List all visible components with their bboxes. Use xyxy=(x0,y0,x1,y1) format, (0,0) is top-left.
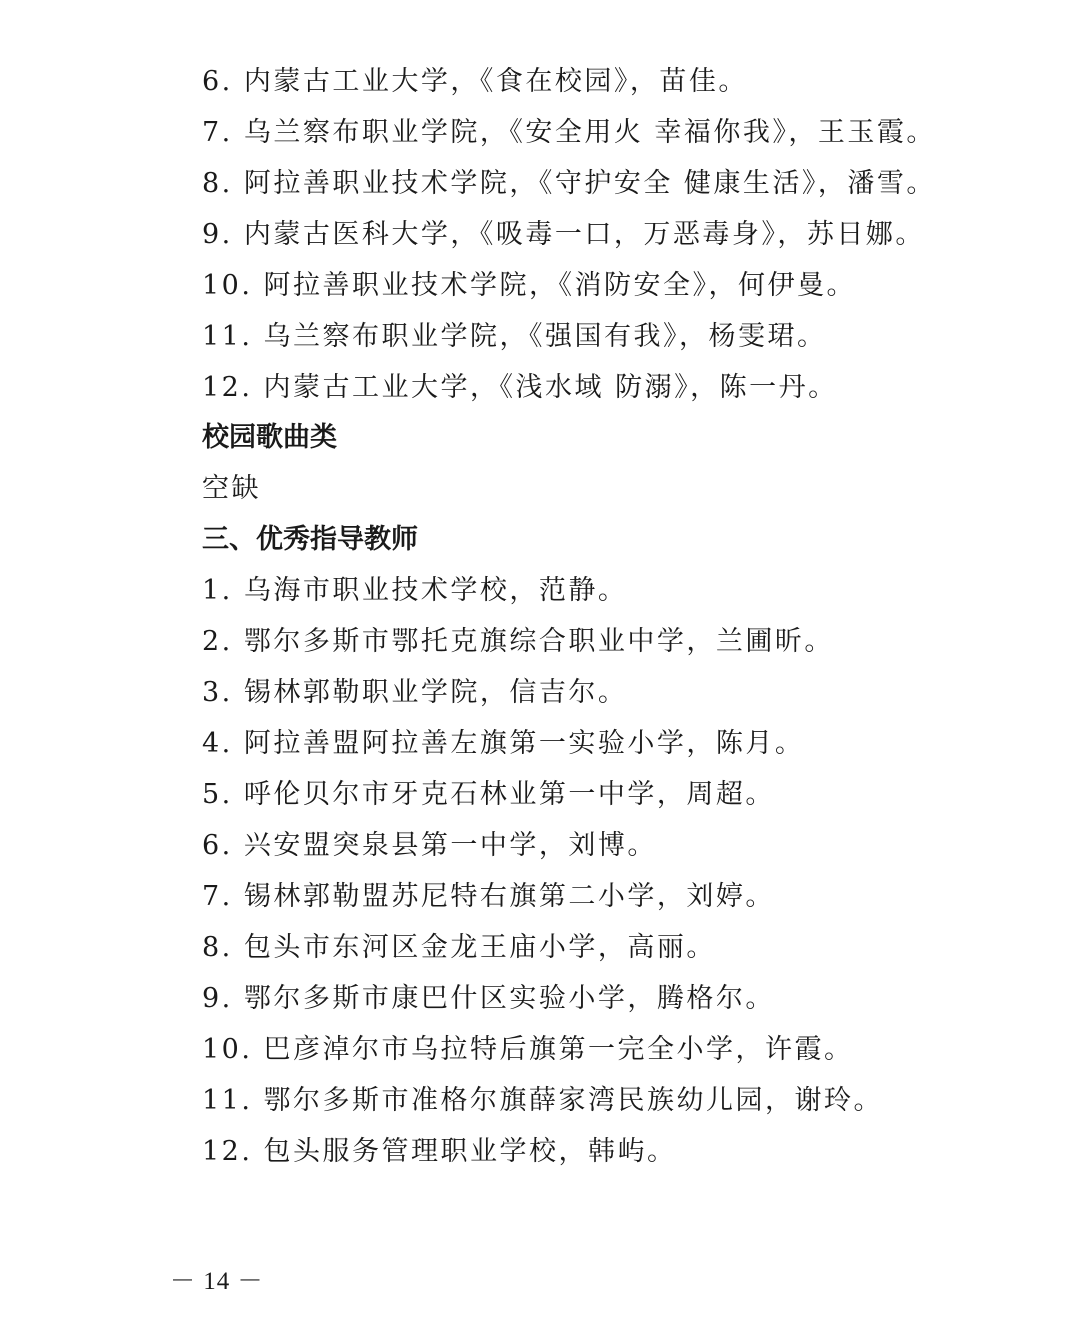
section-content-vacant: 空缺 xyxy=(202,471,261,507)
list-item: 6. 内蒙古工业大学，《食在校园》，苗佳。 xyxy=(202,64,748,100)
teacher-item: 6. 兴安盟突泉县第一中学，刘博。 xyxy=(202,828,657,864)
teacher-item: 1. 乌海市职业技术学校，范静。 xyxy=(202,573,627,609)
section-heading-excellent-instructors: 三、优秀指导教师 xyxy=(202,522,418,558)
document-page: 6. 内蒙古工业大学，《食在校园》，苗佳。 7. 乌兰察布职业学院，《安全用火 … xyxy=(0,0,1080,1325)
teacher-item: 2. 鄂尔多斯市鄂托克旗综合职业中学，兰圃昕。 xyxy=(202,624,834,660)
teacher-item: 8. 包头市东河区金龙王庙小学，高丽。 xyxy=(202,930,716,966)
teacher-item: 12. 包头服务管理职业学校，韩屿。 xyxy=(202,1134,677,1170)
list-item: 7. 乌兰察布职业学院，《安全用火 幸福你我》，王玉霞。 xyxy=(202,115,936,151)
list-item: 12. 内蒙古工业大学，《浅水域 防溺》，陈一丹。 xyxy=(202,370,838,406)
teacher-item: 7. 锡林郭勒盟苏尼特右旗第二小学，刘婷。 xyxy=(202,879,775,915)
teacher-item: 3. 锡林郭勒职业学院，信吉尔。 xyxy=(202,675,627,711)
list-item: 9. 内蒙古医科大学，《吸毒一口，万恶毒身》，苏日娜。 xyxy=(202,217,925,253)
teacher-item: 10. 巴彦淖尔市乌拉特后旗第一完全小学，许霞。 xyxy=(202,1032,854,1068)
section-heading-campus-song: 校园歌曲类 xyxy=(202,420,337,456)
page-number: － 14 － xyxy=(170,1265,264,1299)
teacher-item: 4. 阿拉善盟阿拉善左旗第一实验小学，陈月。 xyxy=(202,726,804,762)
teacher-item: 11. 鄂尔多斯市准格尔旗薛家湾民族幼儿园，谢玲。 xyxy=(202,1083,883,1119)
list-item: 8. 阿拉善职业技术学院，《守护安全 健康生活》，潘雪。 xyxy=(202,166,936,202)
list-item: 10. 阿拉善职业技术学院，《消防安全》，何伊曼。 xyxy=(202,268,856,304)
teacher-item: 5. 呼伦贝尔市牙克石林业第一中学，周超。 xyxy=(202,777,775,813)
teacher-item: 9. 鄂尔多斯市康巴什区实验小学，腾格尔。 xyxy=(202,981,775,1017)
list-item: 11. 乌兰察布职业学院，《强国有我》，杨雯珺。 xyxy=(202,319,827,355)
